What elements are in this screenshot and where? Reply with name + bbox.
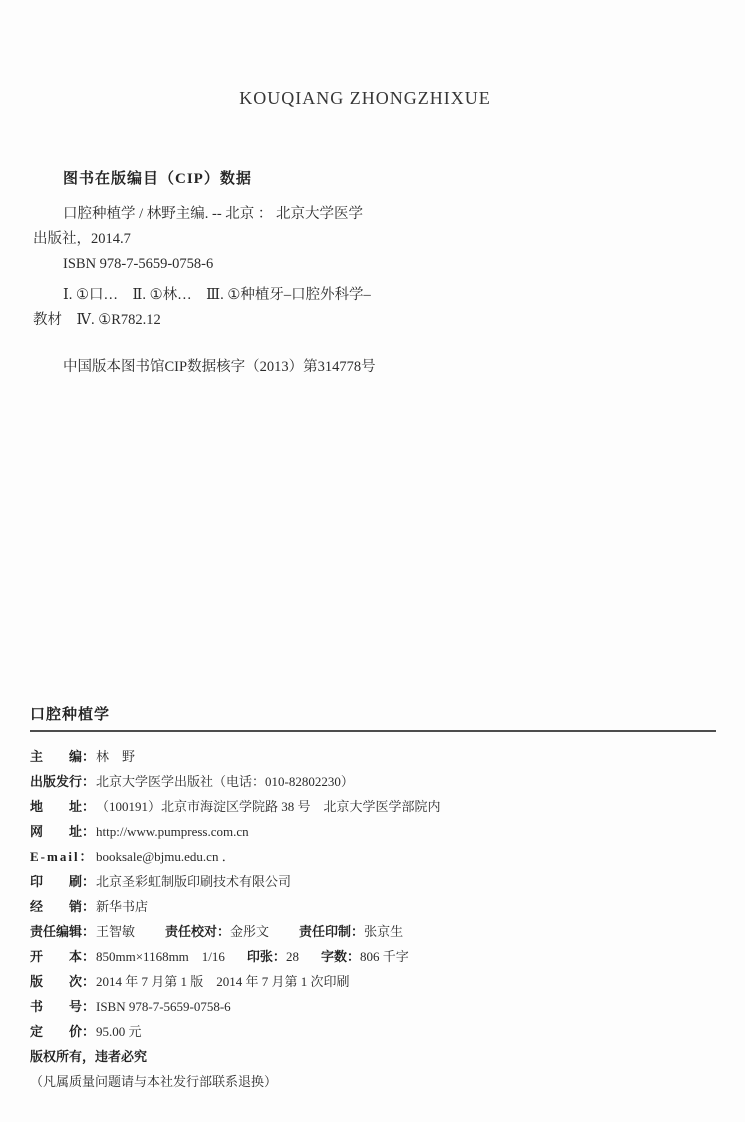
cip-record-line-2: 出版社，2014.7 — [33, 227, 493, 252]
cip-record-line-1: 口腔种植学 / 林野主编. -- 北京 ： 北京大学医学 — [33, 202, 493, 227]
quality-notice: （凡属质量问题请与本社发行部联系退换） — [30, 1069, 716, 1094]
copyright-notice: 版权所有，违者必究 — [30, 1044, 716, 1069]
row-editorial-staff: 责任编辑：王智敏责任校对：金彤文责任印制：张京生 — [30, 919, 716, 944]
sheets-label: 印张： — [247, 944, 286, 969]
row-price: 定 价：95.00 元 — [30, 1019, 716, 1044]
chief-editor-label: 主 编： — [30, 744, 96, 769]
row-chief-editor: 主 编：林 野 — [30, 744, 716, 769]
address-value: （100191）北京市海淀区学院路 38 号 北京大学医学部院内 — [96, 799, 441, 814]
print-supervisor-value: 张京生 — [364, 924, 403, 939]
cip-registry-number: 中国版本图书馆CIP数据核字（2013）第314778号 — [33, 355, 493, 380]
proofreader-value: 金彤文 — [230, 924, 269, 939]
publisher-label: 出版发行： — [30, 769, 96, 794]
row-distributor: 经 销：新华书店 — [30, 894, 716, 919]
managing-editor-value: 王智敏 — [96, 924, 135, 939]
printer-value: 北京圣彩虹制版印刷技术有限公司 — [96, 874, 291, 889]
row-edition: 版 次：2014 年 7 月第 1 版 2014 年 7 月第 1 次印刷 — [30, 969, 716, 994]
distributor-label: 经 销： — [30, 894, 96, 919]
row-address: 地 址：（100191）北京市海淀区学院路 38 号 北京大学医学部院内 — [30, 794, 716, 819]
row-email: E-mail：booksale@bjmu.edu.cn ． — [30, 844, 716, 869]
cip-data-block: 图书在版编目（CIP）数据 口腔种植学 / 林野主编. -- 北京 ： 北京大学… — [33, 167, 493, 380]
row-printer: 印 刷：北京圣彩虹制版印刷技术有限公司 — [30, 869, 716, 894]
row-format: 开 本：850mm×1168mm 1/16印张：28字数：806 千字 — [30, 944, 716, 969]
chief-editor-value: 林 野 — [96, 749, 135, 764]
website-label: 网 址： — [30, 819, 96, 844]
isbn-value: ISBN 978-7-5659-0758-6 — [96, 999, 231, 1014]
copyright-page: KOUQIANG ZHONGZHIXUE 图书在版编目（CIP）数据 口腔种植学… — [0, 0, 745, 1122]
email-value: booksale@bjmu.edu.cn ． — [96, 849, 235, 864]
colophon-rows: 主 编：林 野 出版发行：北京大学医学出版社（电话：010-82802230） … — [30, 744, 716, 1094]
row-website: 网 址：http://www.pumpress.com.cn — [30, 819, 716, 844]
isbn-label: 书 号： — [30, 994, 96, 1019]
row-publisher: 出版发行：北京大学医学出版社（电话：010-82802230） — [30, 769, 716, 794]
print-supervisor-label: 责任印制： — [299, 919, 364, 944]
word-count-value: 806 千字 — [360, 949, 409, 964]
price-value: 95.00 元 — [96, 1024, 142, 1039]
managing-editor-label: 责任编辑： — [30, 919, 96, 944]
publisher-value: 北京大学医学出版社（电话：010-82802230） — [96, 774, 354, 789]
website-url: http://www.pumpress.com.cn — [96, 824, 249, 839]
word-count-label: 字数： — [321, 944, 360, 969]
printer-label: 印 刷： — [30, 869, 96, 894]
sheets-value: 28 — [286, 949, 299, 964]
price-label: 定 价： — [30, 1019, 96, 1044]
edition-value: 2014 年 7 月第 1 版 2014 年 7 月第 1 次印刷 — [96, 974, 350, 989]
address-label: 地 址： — [30, 794, 96, 819]
cip-isbn-line: ISBN 978-7-5659-0758-6 — [33, 252, 493, 277]
series-pinyin-title: KOUQIANG ZHONGZHIXUE — [0, 88, 730, 109]
cip-classification-line-2: 教材 Ⅳ. ①R782.12 — [33, 308, 493, 333]
cip-classification-line-1: Ⅰ. ①口… Ⅱ. ①林… Ⅲ. ①种植牙–口腔外科学– — [33, 283, 493, 308]
cip-heading: 图书在版编目（CIP）数据 — [33, 167, 493, 188]
distributor-value: 新华书店 — [96, 899, 148, 914]
book-title: 口腔种植学 — [30, 703, 716, 732]
colophon-block: 口腔种植学 主 编：林 野 出版发行：北京大学医学出版社（电话：010-8280… — [30, 703, 716, 1094]
proofreader-label: 责任校对： — [165, 919, 230, 944]
row-isbn: 书 号：ISBN 978-7-5659-0758-6 — [30, 994, 716, 1019]
format-label: 开 本： — [30, 944, 96, 969]
format-value: 850mm×1168mm 1/16 — [96, 949, 225, 964]
edition-label: 版 次： — [30, 969, 96, 994]
email-label: E-mail： — [30, 844, 96, 869]
